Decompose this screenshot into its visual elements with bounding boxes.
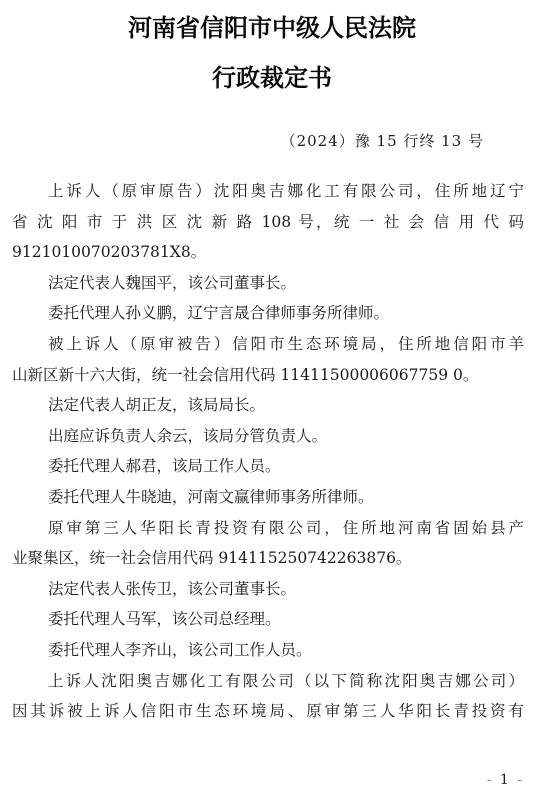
- appellant-line-1: 上诉人（原审原告）沈阳奥吉娜化工有限公司，住所地辽宁: [12, 176, 524, 207]
- third-party-paragraph: 原审第三人华阳长青投资有限公司，住所地河南省固始县产 业聚集区，统一社会信用代码…: [12, 513, 524, 574]
- page-number-value: 1: [500, 772, 511, 788]
- page-number: - 1 -: [487, 772, 524, 788]
- case-summary-paragraph: 上诉人沈阳奥吉娜化工有限公司（以下简称沈阳奥吉娜公司） 因其诉被上诉人信阳市生态…: [12, 666, 524, 727]
- third-party-line-1: 原审第三人华阳长青投资有限公司，住所地河南省固始县产: [12, 513, 524, 544]
- third-party-line-2: 业聚集区，统一社会信用代码 914115250742263876。: [12, 543, 524, 574]
- third-party-agent-1: 委托代理人马军，该公司总经理。: [12, 604, 524, 635]
- appellant-legal-representative: 法定代表人魏国平，该公司董事长。: [12, 268, 524, 299]
- appellee-legal-representative: 法定代表人胡正友，该局局长。: [12, 390, 524, 421]
- third-party-agent-2: 委托代理人李齐山，该公司工作人员。: [12, 635, 524, 666]
- page-number-dash-left: -: [487, 772, 494, 788]
- appellant-paragraph: 上诉人（原审原告）沈阳奥吉娜化工有限公司，住所地辽宁 省 沈 阳 市 于 洪 区…: [12, 176, 524, 268]
- appellant-line-2: 省 沈 阳 市 于 洪 区 沈 新 路 108 号，统 一 社 会 信 用 代 …: [12, 207, 524, 238]
- appellee-line-1: 被上诉人（原审被告）信阳市生态环境局，住所地信阳市羊: [12, 329, 524, 360]
- appellee-line-2: 山新区新十六大街，统一社会信用代码 11411500006067759 0。: [12, 360, 524, 391]
- appellant-agent: 委托代理人孙义鹏，辽宁言晟合律师事务所律师。: [12, 298, 524, 329]
- appellee-responsible-person: 出庭应诉负责人余云，该局分管负责人。: [12, 421, 524, 452]
- document-type-heading: 行政裁定书: [0, 60, 544, 96]
- case-number: （2024）豫 15 行终 13 号: [281, 130, 484, 152]
- appellee-paragraph: 被上诉人（原审被告）信阳市生态环境局，住所地信阳市羊 山新区新十六大街，统一社会…: [12, 329, 524, 390]
- summary-line-2: 因其诉被上诉人信阳市生态环境局、原审第三人华阳长青投资有: [12, 696, 524, 727]
- third-party-legal-representative: 法定代表人张传卫，该公司董事长。: [12, 574, 524, 605]
- document-body: 上诉人（原审原告）沈阳奥吉娜化工有限公司，住所地辽宁 省 沈 阳 市 于 洪 区…: [12, 176, 524, 727]
- summary-line-1: 上诉人沈阳奥吉娜化工有限公司（以下简称沈阳奥吉娜公司）: [12, 666, 524, 697]
- document-page: 河南省信阳市中级人民法院 行政裁定书 （2024）豫 15 行终 13 号 上诉…: [0, 0, 544, 804]
- appellant-line-3: 9121010070203781X8。: [12, 237, 524, 268]
- court-name-heading: 河南省信阳市中级人民法院: [0, 10, 544, 46]
- appellee-agent-2: 委托代理人牛晓迪，河南文赢律师事务所律师。: [12, 482, 524, 513]
- appellee-agent-1: 委托代理人郝君，该局工作人员。: [12, 451, 524, 482]
- page-number-dash-right: -: [517, 772, 524, 788]
